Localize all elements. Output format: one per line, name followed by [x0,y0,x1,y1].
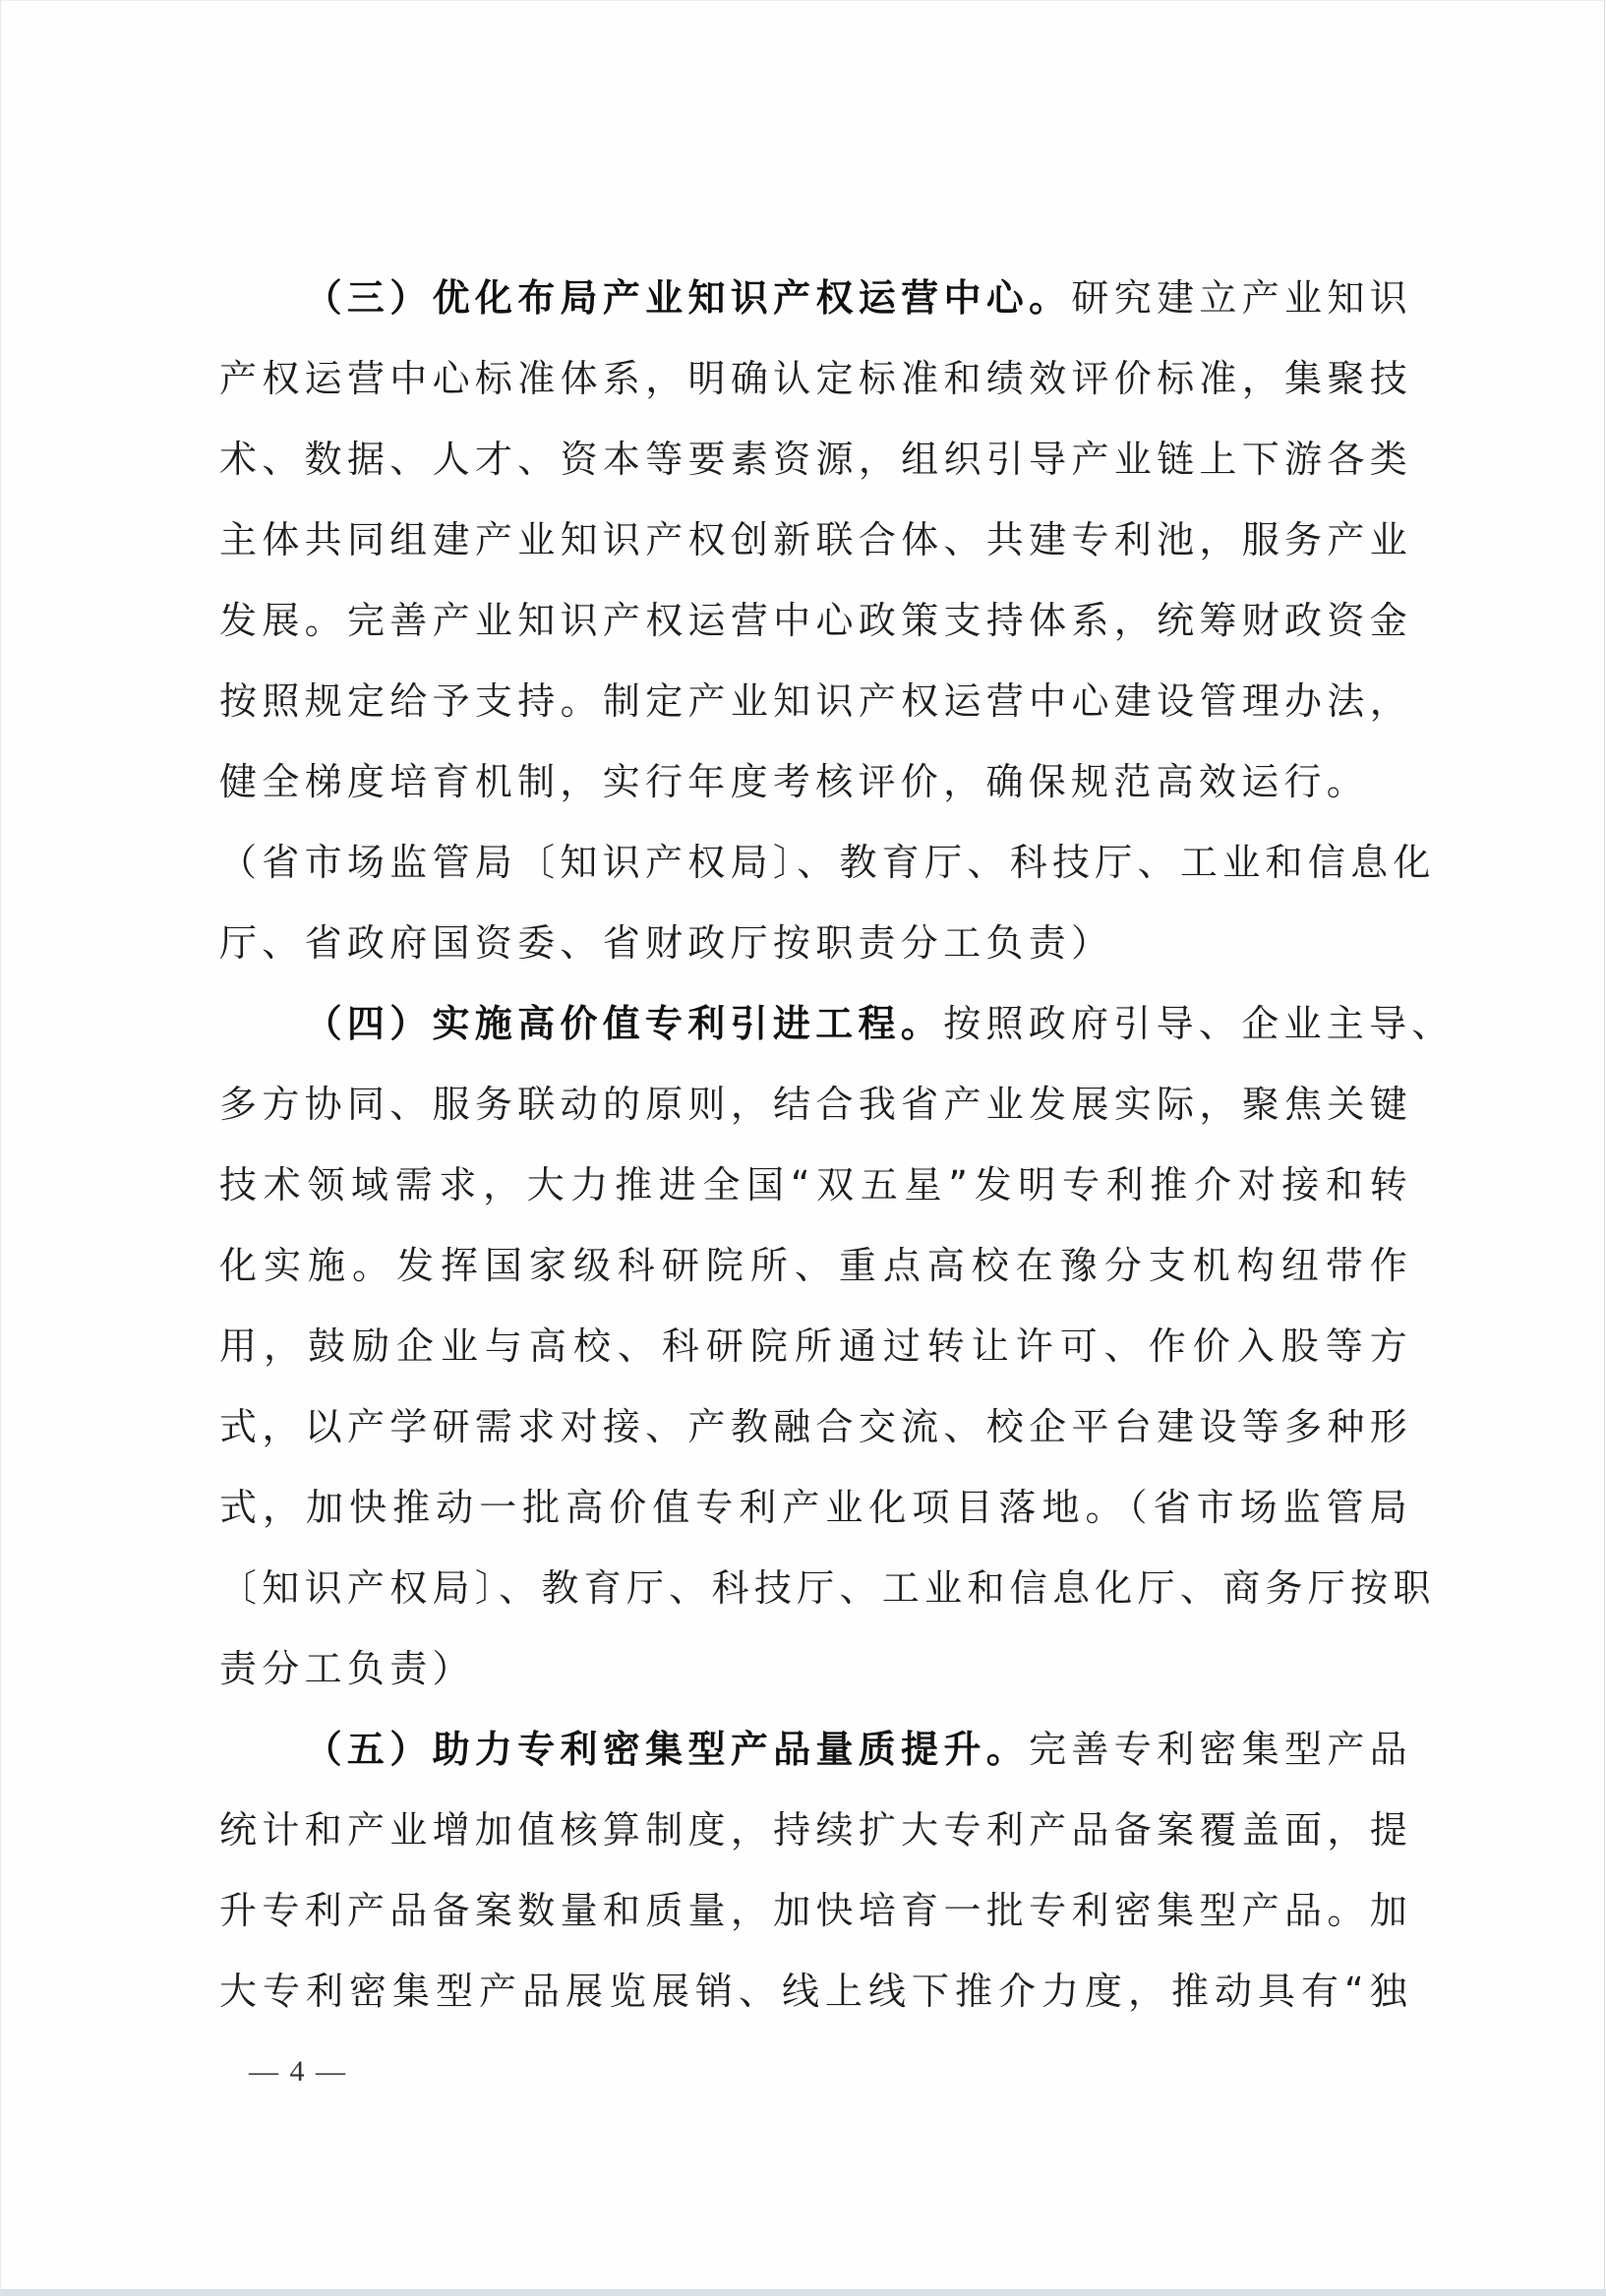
paragraph-line: 责分工负责） [219,1639,475,1698]
bottom-edge-strip [0,2289,1606,2296]
paragraph-line: 术、数据、人才、资本等要素资源，组织引导产业链上下游各类 [219,430,1412,489]
paragraph-line: 发展。完善产业知识产权运营中心政策支持体系，统筹财政资金 [219,591,1412,650]
paragraph-line: （省市场监管局〔知识产权局〕、教育厅、科技厅、工业和信息化 [219,833,1412,892]
paragraph-line: 大专利密集型产品展览展销、线上线下推介力度，推动具有“独 [219,1962,1412,2021]
section-heading: （三）优化布局产业知识产权运营中心。 [305,275,1072,320]
paragraph-line: 〔知识产权局〕、教育厅、科技厅、工业和信息化厅、商务厅按职 [219,1559,1412,1618]
paragraph-line-heading: （四）实施高价值专利引进工程。按照政府引导、企业主导、 [305,994,1412,1053]
line-text: 研究建立产业知识 [1071,276,1412,320]
section-heading: （四）实施高价值专利引进工程。 [305,1001,944,1045]
page-number: — 4 — [249,2048,347,2095]
paragraph-line-heading: （三）优化布局产业知识产权运营中心。研究建立产业知识 [305,268,1412,327]
paragraph-line: 统计和产业增加值核算制度，持续扩大专利产品备案覆盖面，提 [219,1800,1412,1859]
line-text: 按照政府引导、企业主导、 [943,1002,1455,1045]
paragraph-line: 产权运营中心标准体系，明确认定标准和绩效评价标准，集聚技 [219,349,1412,408]
paragraph-line: 主体共同组建产业知识产权创新联合体、共建专利池，服务产业 [219,510,1412,569]
paragraph-line: 升专利产品备案数量和质量，加快培育一批专利密集型产品。加 [219,1881,1412,1940]
paragraph-line: 按照规定给予支持。制定产业知识产权运营中心建设管理办法， [219,672,1412,731]
section-heading: （五）助力专利密集型产品量质提升。 [305,1727,1030,1771]
line-text: 完善专利密集型产品 [1029,1728,1412,1771]
paragraph-line: 多方协同、服务联动的原则，结合我省产业发展实际，聚焦关键 [219,1075,1412,1134]
paragraph-line: 技术领域需求，大力推进全国“双五星”发明专利推介对接和转 [219,1155,1412,1214]
paragraph-line: 式，加快推动一批高价值专利产业化项目落地。（省市场监管局 [219,1478,1412,1537]
paragraph-line: 式，以产学研需求对接、产教融合交流、校企平台建设等多种形 [219,1397,1412,1456]
paragraph-line: 用，鼓励企业与高校、科研院所通过转让许可、作价入股等方 [219,1317,1412,1376]
paragraph-line: 健全梯度培育机制，实行年度考核评价，确保规范高效运行。 [219,752,1369,811]
paragraph-line: 厅、省政府国资委、省财政厅按职责分工负责） [219,913,1113,972]
document-page: （三）优化布局产业知识产权运营中心。研究建立产业知识 产权运营中心标准体系，明确… [0,0,1605,2289]
paragraph-line: 化实施。发挥国家级科研院所、重点高校在豫分支机构纽带作 [219,1236,1412,1295]
paragraph-line-heading: （五）助力专利密集型产品量质提升。完善专利密集型产品 [305,1720,1412,1779]
